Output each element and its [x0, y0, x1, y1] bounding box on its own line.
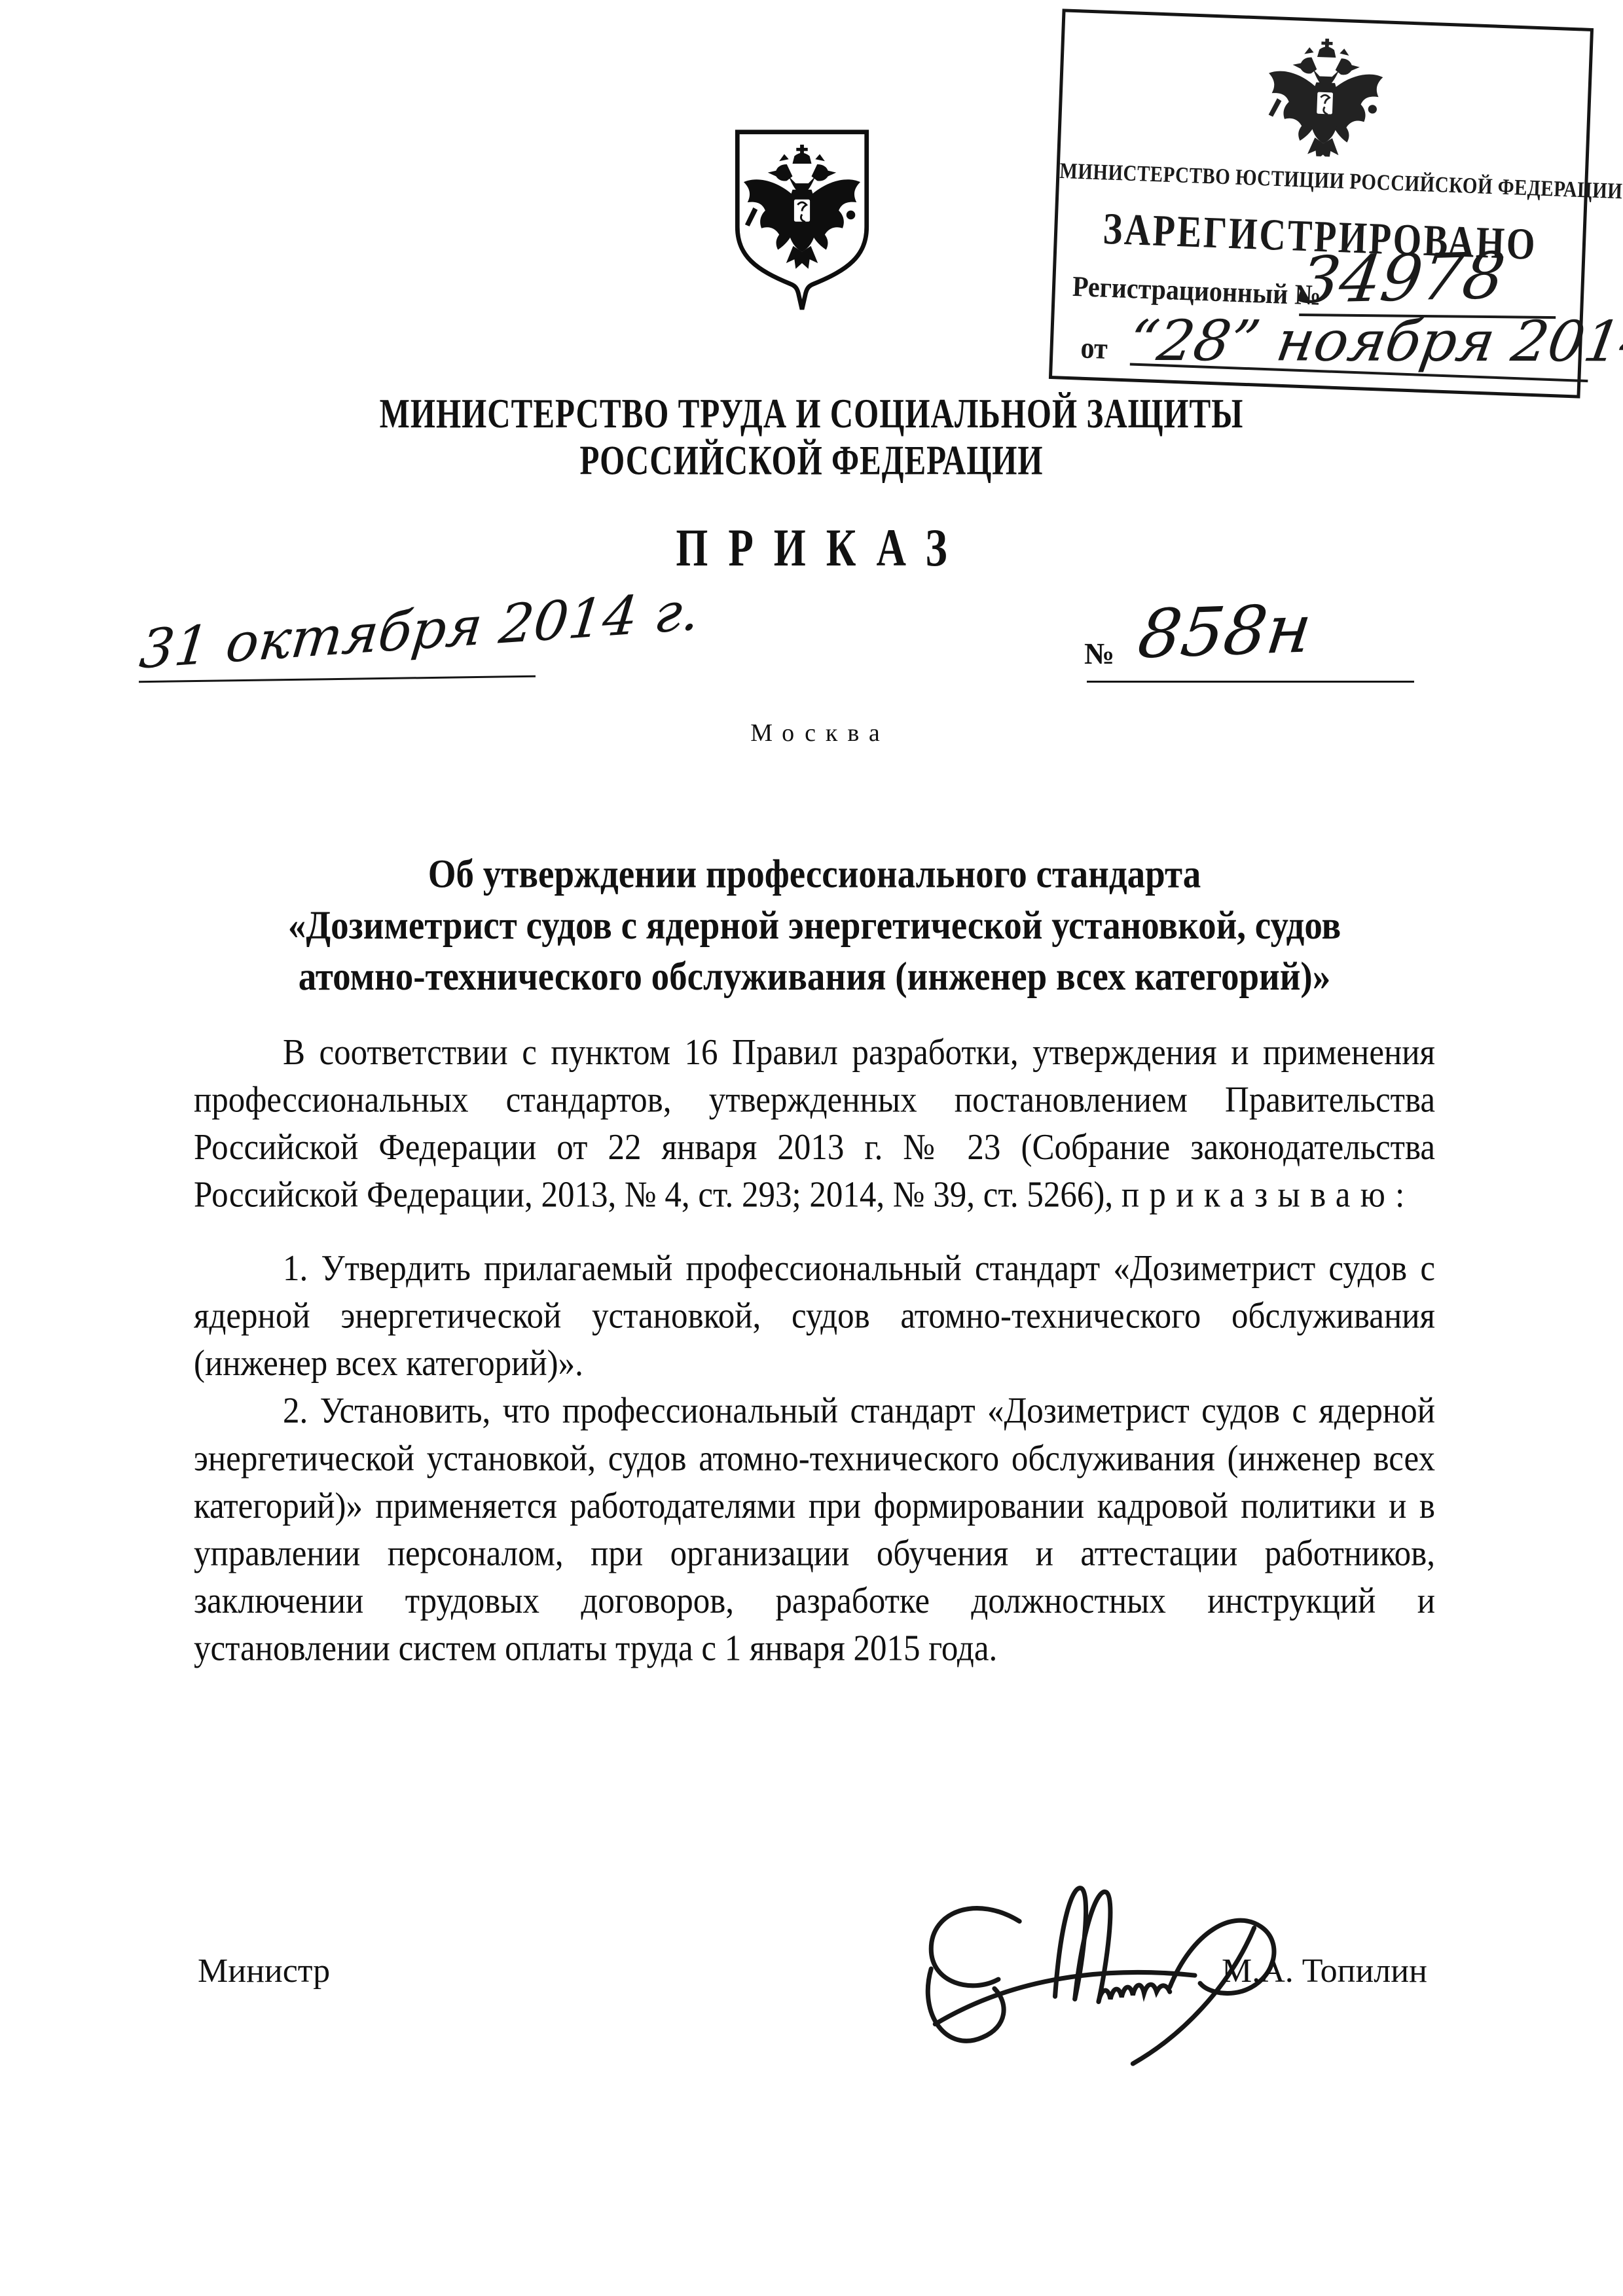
order-title-line3: атомно-технического обслуживания (инжене… — [194, 951, 1435, 1002]
russian-coat-of-arms — [725, 126, 879, 322]
stamp-ministry-line: МИНИСТЕРСТВО ЮСТИЦИИ РОССИЙСКОЙ ФЕДЕРАЦИ… — [1059, 158, 1585, 203]
order-date-handwritten: 31 октября 2014 г. — [143, 600, 697, 662]
order-city: Москва — [196, 719, 1434, 747]
order-title-line2: «Дозиметрист судов с ядерной энергетичес… — [194, 899, 1435, 950]
order-number-sign: № — [1084, 636, 1114, 671]
intro-colon: : — [1395, 1175, 1404, 1215]
stamp-eagle-icon — [1261, 35, 1389, 159]
stamp-date-value: “28” ноября 2014 г. — [1130, 302, 1590, 383]
ministry-name: МИНИСТЕРСТВО ТРУДА И СОЦИАЛЬНОЙ ЗАЩИТЫ Р… — [0, 390, 1623, 484]
order-body: В соответствии с пунктом 16 Правил разра… — [194, 1029, 1435, 1672]
stamp-date-label: от — [1080, 331, 1108, 367]
intro-emphasis: приказываю — [1122, 1175, 1395, 1215]
order-number-script: 858н — [1134, 590, 1316, 673]
order-title-line1: Об утверждении профессионального стандар… — [194, 848, 1435, 899]
order-paragraph-item2: 2. Установить, что профессиональный стан… — [194, 1388, 1435, 1673]
document-type-heading: ПРИКАЗ — [0, 517, 1623, 579]
order-paragraph-intro: В соответствии с пунктом 16 Правил разра… — [194, 1029, 1435, 1219]
coat-of-arms-shield-icon — [725, 126, 879, 322]
signature-role: Министр — [198, 1952, 330, 1990]
order-date-script: 31 октября 2014 г. — [137, 581, 702, 681]
signature-name: М.А. Топилин — [1222, 1952, 1427, 1990]
registration-stamp: МИНИСТЕРСТВО ЮСТИЦИИ РОССИЙСКОЙ ФЕДЕРАЦИ… — [1049, 9, 1594, 398]
stamp-reg-number-handwriting: 34978 — [1294, 243, 1508, 315]
stamp-date-handwriting: “28” ноября 2014 г. — [1125, 312, 1623, 372]
order-number-underline — [1087, 681, 1414, 683]
order-paragraph-item1: 1. Утвердить прилагаемый профессиональны… — [194, 1245, 1435, 1388]
order-title: Об утверждении профессионального стандар… — [194, 848, 1435, 1002]
stamp-reg-number-value: 34978 — [1299, 244, 1556, 319]
order-number-handwritten: 858н — [1139, 593, 1311, 671]
ministry-name-line1: МИНИСТЕРСТВО ТРУДА И СОЦИАЛЬНОЙ ЗАЩИТЫ — [0, 390, 1623, 437]
ministry-name-line2: РОССИЙСКОЙ ФЕДЕРАЦИИ — [0, 437, 1623, 484]
